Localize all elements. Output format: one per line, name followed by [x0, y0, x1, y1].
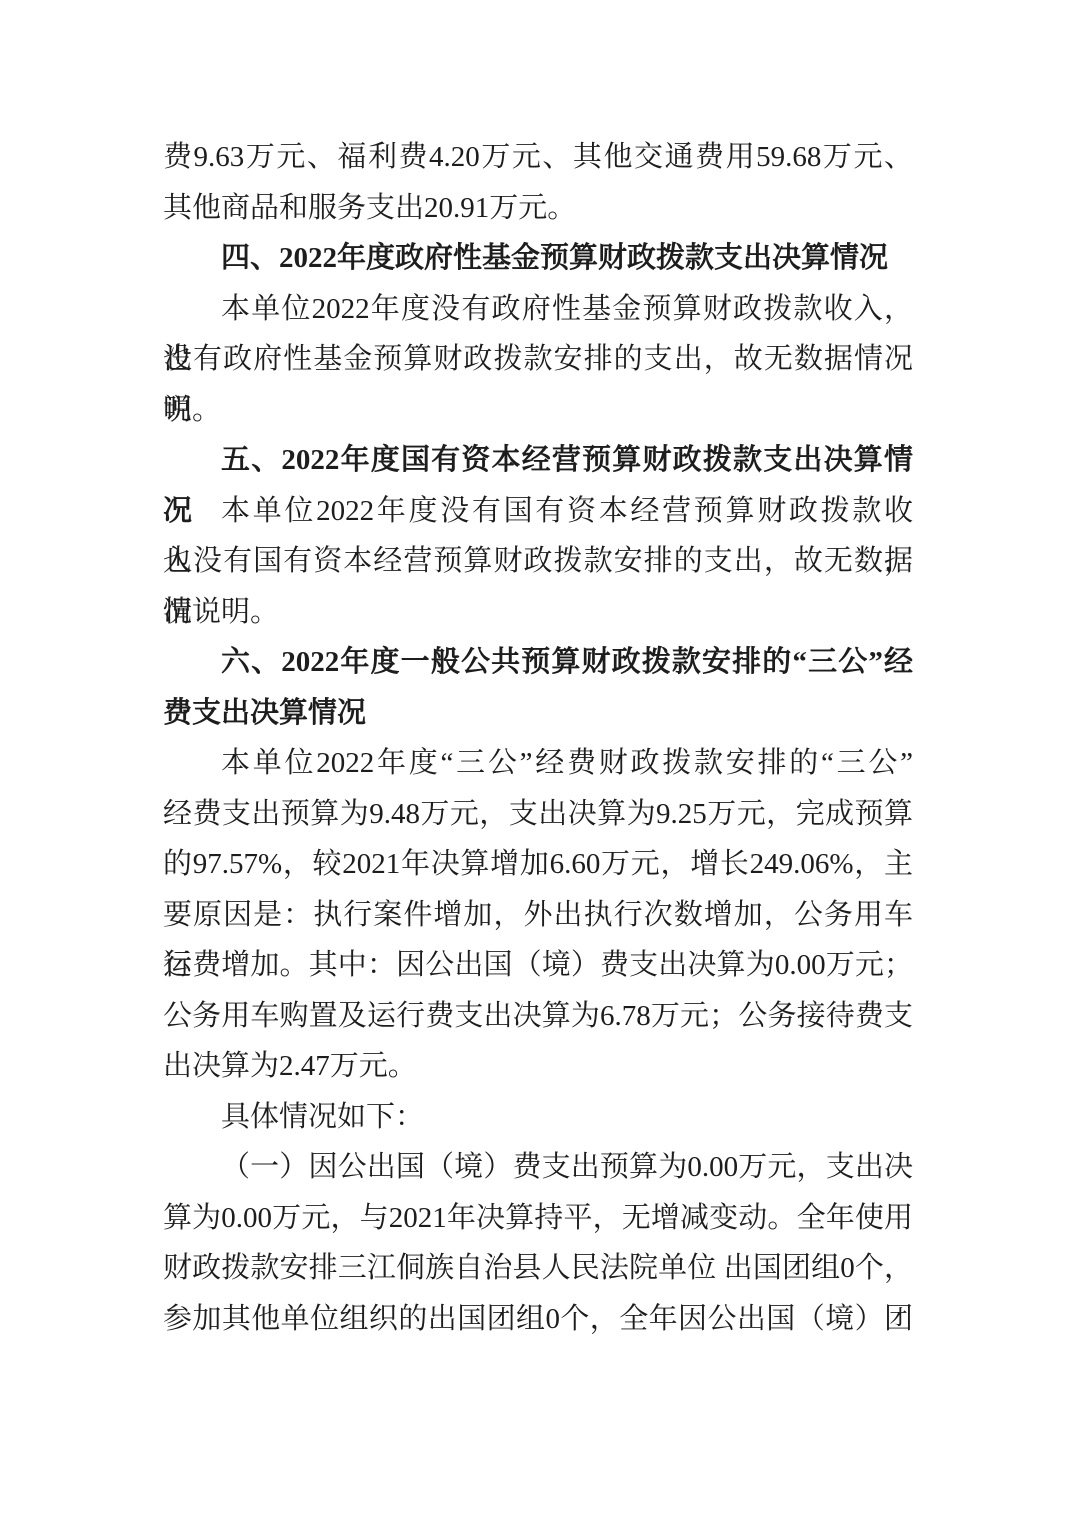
text-line: 也没有国有资本经营预算财政拨款安排的支出，故无数据情 [163, 536, 913, 587]
text-line: 行费增加。其中：因公出国（境）费支出决算为0.00万元； [163, 940, 913, 991]
heading-section-4-government-fund-budget: 四、2022年度政府性基金预算财政拨款支出决算情况 [163, 233, 913, 284]
text-line: 经费支出预算为9.48万元，支出决算为9.25万元，完成预算 [163, 789, 913, 840]
text-line: 明。 [163, 385, 913, 436]
text-line: 本单位2022年度没有国有资本经营预算财政拨款收入， [163, 486, 913, 537]
text-line: 公务用车购置及运行费支出决算为6.78万元；公务接待费支 [163, 991, 913, 1042]
text-line: 出决算为2.47万元。 [163, 1041, 913, 1092]
heading-section-6-three-public-expenses: 六、2022年度一般公共预算财政拨款安排的“三公”经费支出决算情况 [163, 637, 913, 738]
paragraph-item-1-overseas-travel: （一）因公出国（境）费支出预算为0.00万元，支出决算为0.00万元，与2021… [163, 1142, 913, 1344]
text-line: 具体情况如下： [163, 1092, 913, 1143]
paragraph-section-6-overview: 本单位2022年度“三公”经费财政拨款安排的“三公”经费支出预算为9.48万元，… [163, 738, 913, 1092]
text-line: 财政拨款安排三江侗族自治县人民法院单位 出国团组0个， [163, 1243, 913, 1294]
text-line: 要原因是：执行案件增加，外出执行次数增加，公务用车运 [163, 890, 913, 941]
heading-line: 费支出决算情况 [163, 688, 913, 739]
heading-line: 四、2022年度政府性基金预算财政拨款支出决算情况 [163, 233, 913, 284]
heading-section-5-state-capital-budget: 五、2022年度国有资本经营预算财政拨款支出决算情况 [163, 435, 913, 486]
heading-line: 六、2022年度一般公共预算财政拨款安排的“三公”经 [163, 637, 913, 688]
paragraph-expense-breakdown-continued: 费9.63万元、福利费4.20万元、其他交通费用59.68万元、其他商品和服务支… [163, 132, 913, 233]
text-line: 本单位2022年度“三公”经费财政拨款安排的“三公” [163, 738, 913, 789]
text-line: 参加其他单位组织的出国团组0个，全年因公出国（境）团 [163, 1294, 913, 1345]
document-page: 费9.63万元、福利费4.20万元、其他交通费用59.68万元、其他商品和服务支… [163, 132, 913, 1344]
paragraph-section-5-no-data: 本单位2022年度没有国有资本经营预算财政拨款收入，也没有国有资本经营预算财政拨… [163, 486, 913, 638]
text-line: （一）因公出国（境）费支出预算为0.00万元，支出决 [163, 1142, 913, 1193]
text-line: 其他商品和服务支出20.91万元。 [163, 183, 913, 234]
paragraph-section-4-no-data: 本单位2022年度没有政府性基金预算财政拨款收入，也没有政府性基金预算财政拨款安… [163, 284, 913, 436]
text-line: 没有政府性基金预算财政拨款安排的支出，故无数据情况说 [163, 334, 913, 385]
text-line: 算为0.00万元，与2021年决算持平，无增减变动。全年使用 [163, 1193, 913, 1244]
heading-line: 五、2022年度国有资本经营预算财政拨款支出决算情况 [163, 435, 913, 486]
paragraph-details-intro: 具体情况如下： [163, 1092, 913, 1143]
text-line: 况说明。 [163, 587, 913, 638]
text-line: 费9.63万元、福利费4.20万元、其他交通费用59.68万元、 [163, 132, 913, 183]
text-line: 的97.57%，较2021年决算增加6.60万元，增长249.06%，主 [163, 839, 913, 890]
text-line: 本单位2022年度没有政府性基金预算财政拨款收入，也 [163, 284, 913, 335]
